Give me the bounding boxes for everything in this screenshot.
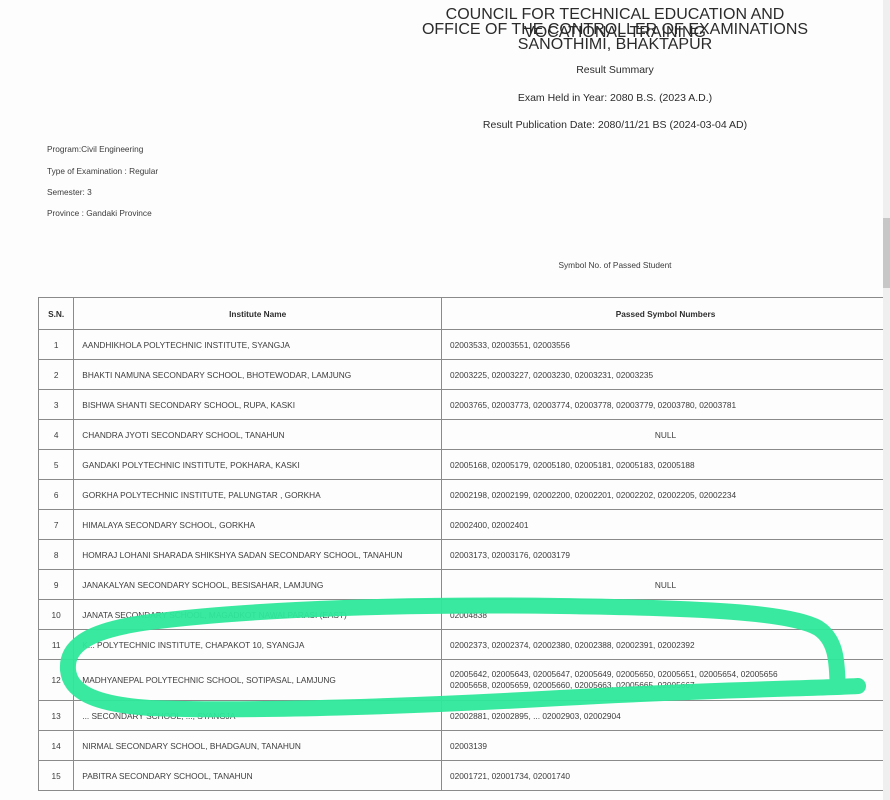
table-row: 6GORKHA POLYTECHNIC INSTITUTE, PALUNGTAR… (39, 480, 890, 510)
header-sn: S.N. (39, 298, 74, 330)
row-institute-name: BHAKTI NAMUNA SECONDARY SCHOOL, BHOTEWOD… (74, 360, 442, 390)
row-institute-name: K... POLYTECHNIC INSTITUTE, CHAPAKOT 10,… (74, 630, 442, 660)
table-row: 12MADHYANEPAL POLYTECHNIC SCHOOL, SOTIPA… (39, 660, 890, 701)
table-row: 4CHANDRA JYOTI SECONDARY SCHOOL, TANAHUN… (39, 420, 890, 450)
program-label: Program:Civil Engineering (47, 144, 143, 154)
row-passed-symbols: 02002198, 02002199, 02002200, 02002201, … (442, 480, 890, 510)
table-header-row: S.N. Institute Name Passed Symbol Number… (39, 298, 890, 330)
row-sn: 14 (39, 731, 74, 761)
header-institute: Institute Name (74, 298, 442, 330)
table-row: 5GANDAKI POLYTECHNIC INSTITUTE, POKHARA,… (39, 450, 890, 480)
row-institute-name: CHANDRA JYOTI SECONDARY SCHOOL, TANAHUN (74, 420, 442, 450)
row-passed-symbols: 02002881, 02002895, ... 02002903, 020029… (442, 701, 890, 731)
row-institute-name: ... SECONDARY SCHOOL, ..., SYANGJA (74, 701, 442, 731)
table-row: 15PABITRA SECONDARY SCHOOL, TANAHUN02001… (39, 761, 890, 791)
row-institute-name: PABITRA SECONDARY SCHOOL, TANAHUN (74, 761, 442, 791)
exam-type-label: Type of Examination : Regular (47, 166, 158, 176)
row-institute-name: NIRMAL SECONDARY SCHOOL, BHADGAUN, TANAH… (74, 731, 442, 761)
header-symbols: Passed Symbol Numbers (442, 298, 890, 330)
row-passed-symbols: 02004838 (442, 600, 890, 630)
vertical-scrollbar[interactable] (883, 0, 890, 800)
row-sn: 2 (39, 360, 74, 390)
province-label: Province : Gandaki Province (47, 208, 152, 218)
row-institute-name: JANATA SECONDARY SCHOOL, MAGADKOT NAWALP… (74, 600, 442, 630)
row-passed-symbols: 02002373, 02002374, 02002380, 02002388, … (442, 630, 890, 660)
row-sn: 1 (39, 330, 74, 360)
table-row: 8HOMRAJ LOHANI SHARADA SHIKSHYA SADAN SE… (39, 540, 890, 570)
table-row: 3BISHWA SHANTI SECONDARY SCHOOL, RUPA, K… (39, 390, 890, 420)
row-passed-symbols: 02003139 (442, 731, 890, 761)
results-table: S.N. Institute Name Passed Symbol Number… (38, 297, 890, 791)
table-row: 2BHAKTI NAMUNA SECONDARY SCHOOL, BHOTEWO… (39, 360, 890, 390)
row-passed-symbols: 02001721, 02001734, 02001740 (442, 761, 890, 791)
row-passed-symbols: 02003173, 02003176, 02003179 (442, 540, 890, 570)
row-sn: 7 (39, 510, 74, 540)
row-sn: 12 (39, 660, 74, 701)
symbols-line-2: 02005658, 02005659, 02005660, 02005663, … (450, 680, 881, 691)
row-sn: 11 (39, 630, 74, 660)
symbols-line-1: 02005642, 02005643, 02005647, 02005649, … (450, 669, 881, 680)
table-row: 7HIMALAYA SECONDARY SCHOOL, GORKHA020024… (39, 510, 890, 540)
publication-date: Result Publication Date: 2080/11/21 BS (… (400, 119, 830, 131)
row-institute-name: HOMRAJ LOHANI SHARADA SHIKSHYA SADAN SEC… (74, 540, 442, 570)
exam-held-year: Exam Held in Year: 2080 B.S. (2023 A.D.) (400, 92, 830, 104)
table-row: 10JANATA SECONDARY SCHOOL, MAGADKOT NAWA… (39, 600, 890, 630)
table-row: 11K... POLYTECHNIC INSTITUTE, CHAPAKOT 1… (39, 630, 890, 660)
row-institute-name: HIMALAYA SECONDARY SCHOOL, GORKHA (74, 510, 442, 540)
table-row: 13... SECONDARY SCHOOL, ..., SYANGJA0200… (39, 701, 890, 731)
row-passed-symbols: 02003225, 02003227, 02003230, 02003231, … (442, 360, 890, 390)
row-sn: 4 (39, 420, 74, 450)
row-passed-symbols: 02002400, 02002401 (442, 510, 890, 540)
table-row: 9JANAKALYAN SECONDARY SCHOOL, BESISAHAR,… (39, 570, 890, 600)
document-title: Result Summary (400, 64, 830, 76)
row-sn: 9 (39, 570, 74, 600)
row-institute-name: GANDAKI POLYTECHNIC INSTITUTE, POKHARA, … (74, 450, 442, 480)
row-passed-symbols: 02005642, 02005643, 02005647, 02005649, … (442, 660, 890, 701)
semester-label: Semester: 3 (47, 187, 92, 197)
result-document-page: COUNCIL FOR TECHNICAL EDUCATION AND VOCA… (0, 0, 890, 800)
row-institute-name: JANAKALYAN SECONDARY SCHOOL, BESISAHAR, … (74, 570, 442, 600)
row-sn: 3 (39, 390, 74, 420)
row-passed-symbols: 02003765, 02003773, 02003774, 02003778, … (442, 390, 890, 420)
row-passed-symbols: 02003533, 02003551, 02003556 (442, 330, 890, 360)
row-passed-symbols: NULL (442, 570, 890, 600)
row-institute-name: MADHYANEPAL POLYTECHNIC SCHOOL, SOTIPASA… (74, 660, 442, 701)
table-row: 1AANDHIKHOLA POLYTECHNIC INSTITUTE, SYAN… (39, 330, 890, 360)
table-row: 14NIRMAL SECONDARY SCHOOL, BHADGAUN, TAN… (39, 731, 890, 761)
scrollbar-thumb[interactable] (883, 218, 890, 288)
table-body: 1AANDHIKHOLA POLYTECHNIC INSTITUTE, SYAN… (39, 330, 890, 791)
row-sn: 10 (39, 600, 74, 630)
row-sn: 15 (39, 761, 74, 791)
row-sn: 6 (39, 480, 74, 510)
row-sn: 5 (39, 450, 74, 480)
row-institute-name: AANDHIKHOLA POLYTECHNIC INSTITUTE, SYANG… (74, 330, 442, 360)
row-sn: 13 (39, 701, 74, 731)
row-sn: 8 (39, 540, 74, 570)
row-passed-symbols: NULL (442, 420, 890, 450)
row-institute-name: GORKHA POLYTECHNIC INSTITUTE, PALUNGTAR … (74, 480, 442, 510)
office-address: SANOTHIMI, BHAKTAPUR (400, 36, 830, 54)
row-passed-symbols: 02005168, 02005179, 02005180, 02005181, … (442, 450, 890, 480)
row-institute-name: BISHWA SHANTI SECONDARY SCHOOL, RUPA, KA… (74, 390, 442, 420)
table-caption: Symbol No. of Passed Student (520, 260, 710, 270)
